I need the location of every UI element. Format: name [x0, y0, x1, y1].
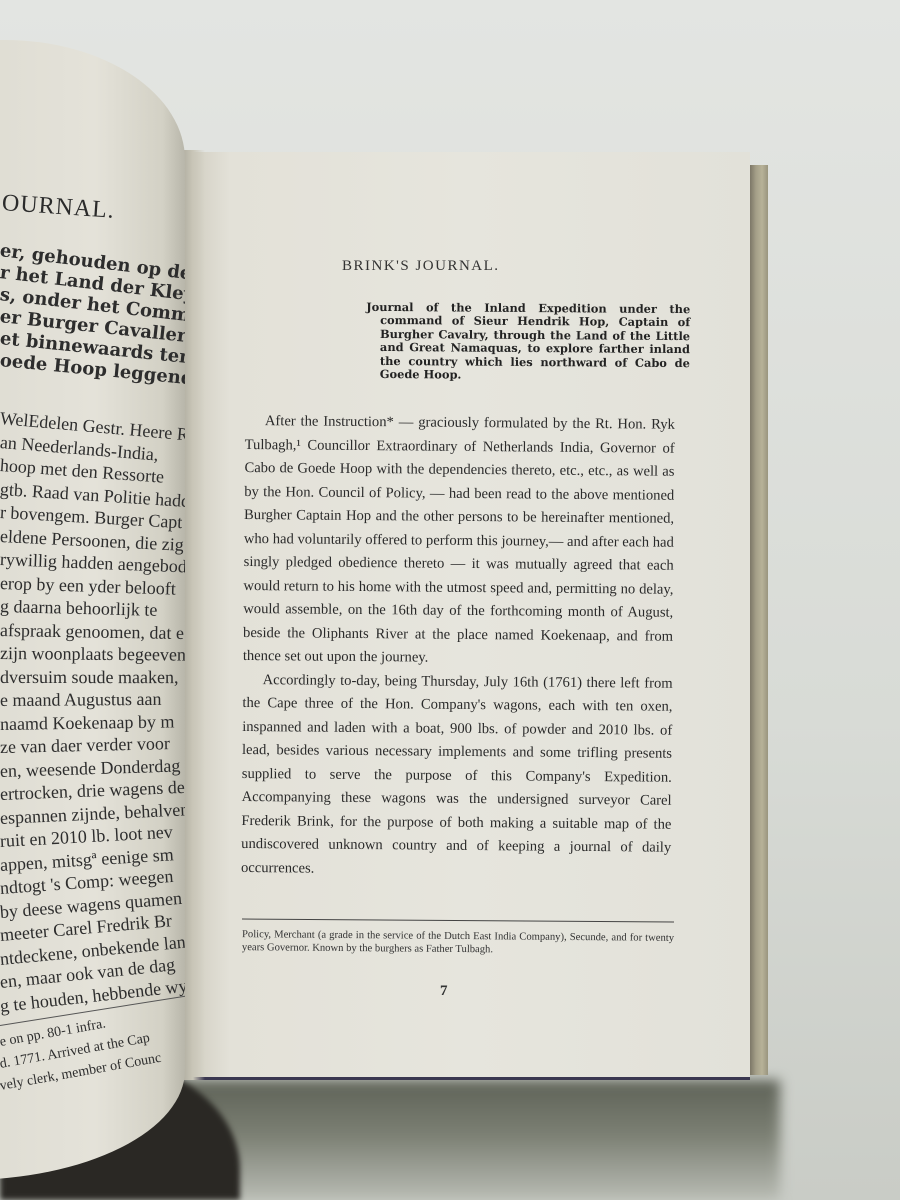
footnote: Policy, Merchant (a grade in the service…: [242, 928, 674, 958]
left-page-line: naamd Koekenaap by m: [0, 711, 175, 735]
paragraph: Accordingly to-day, being Thursday, July…: [241, 668, 673, 883]
paragraph: After the Instruction* — graciously form…: [243, 410, 675, 672]
left-running-head: OURNAL.: [1, 190, 116, 225]
left-page-line: g daarna behoorlijk te: [0, 596, 158, 621]
left-page: OURNAL. er, gehouden op den Lr het Land …: [0, 40, 185, 1180]
left-page-line: e maand Augustus aan: [0, 689, 162, 711]
blackletter-heading: Journal of the Inland Expedition under t…: [366, 301, 691, 384]
page-number: 7: [440, 983, 448, 1000]
running-head: BRINK'S JOURNAL.: [342, 258, 500, 275]
body-text: After the Instruction* — graciously form…: [241, 410, 675, 884]
left-page-line: ze van daer verder voor: [0, 733, 170, 758]
book-cover-edge: [748, 165, 768, 1075]
left-page-line: erop by een yder belooft: [0, 573, 176, 600]
left-page-line: dversuim soude maaken,: [0, 667, 178, 688]
left-page-line: afspraak genoomen, dat e: [0, 620, 184, 644]
left-page-line: zijn woonplaats begeeven: [0, 643, 185, 666]
